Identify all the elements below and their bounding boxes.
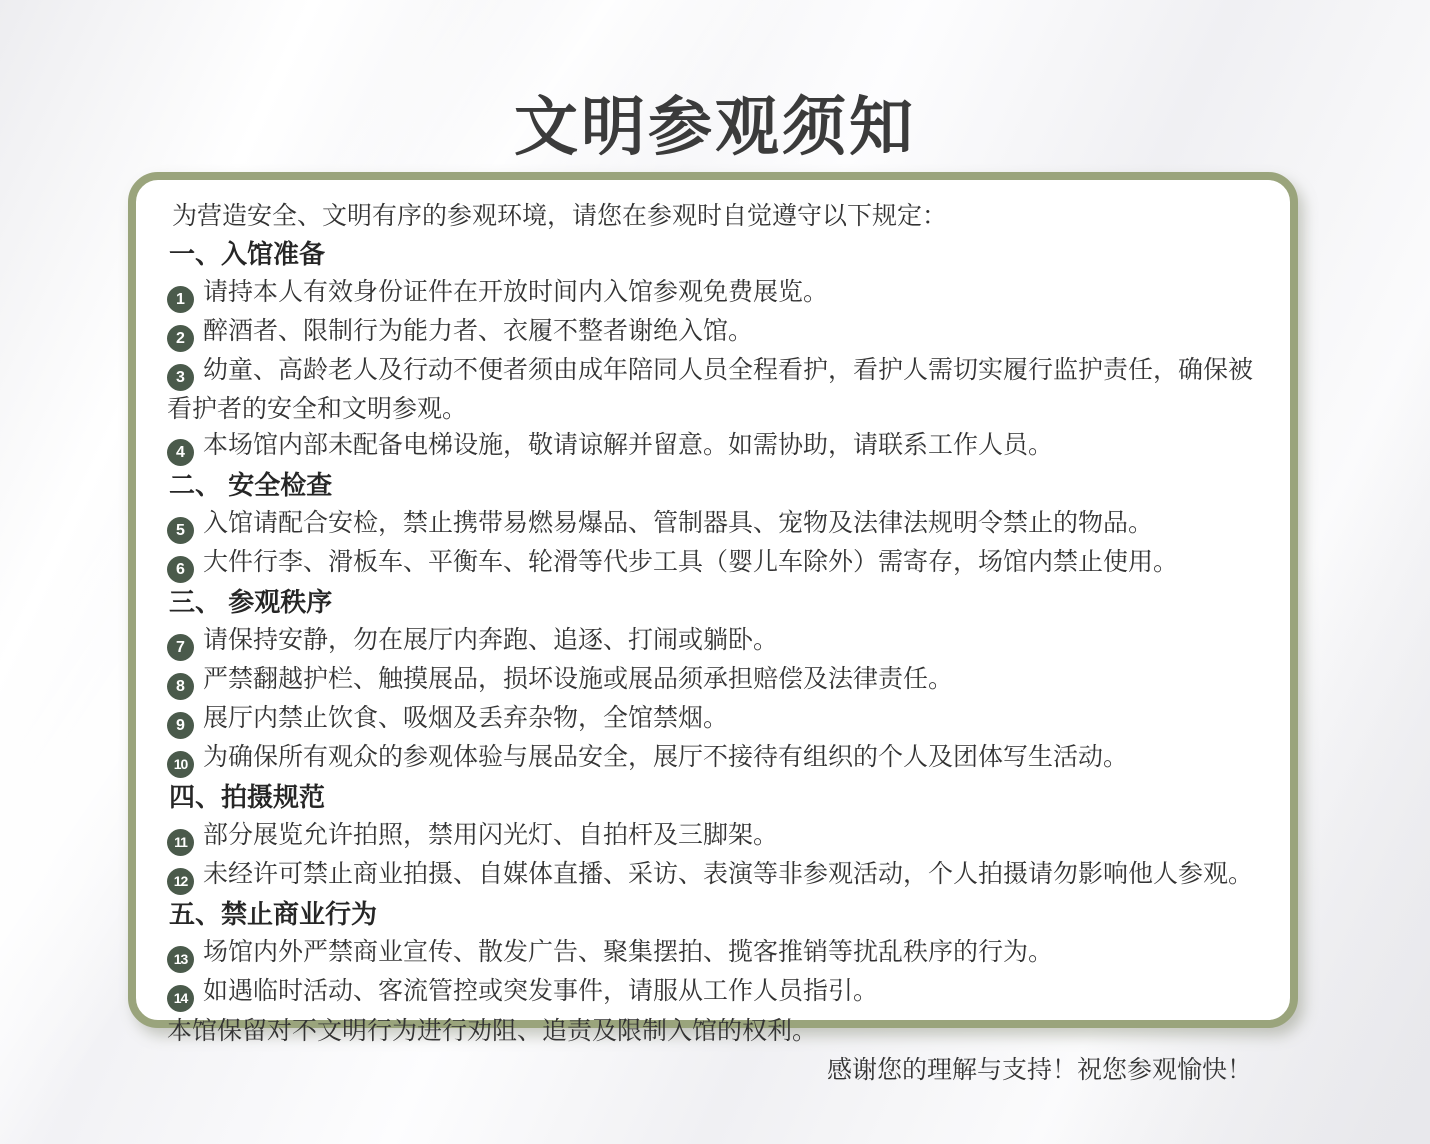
rule-item-5: 5入馆请配合安检，禁止携带易燃易爆品、管制器具、宠物及法律法规明令禁止的物品。: [167, 505, 1256, 544]
rule-text-8: 严禁翻越护栏、触摸展品，损坏设施或展品须承担赔偿及法律责任。: [203, 665, 953, 693]
rule-number-badge-14: 14: [167, 985, 194, 1012]
rule-item-14: 14如遇临时活动、客流管控或突发事件，请服从工作人员指引。: [167, 973, 1256, 1012]
rule-number-badge-4: 4: [167, 439, 194, 466]
rule-number-badge-10: 10: [167, 751, 194, 778]
rule-number-badge-7: 7: [167, 634, 194, 661]
rule-number-badge-12: 12: [167, 868, 194, 895]
rule-text-13: 场馆内外严禁商业宣传、散发广告、聚集摆拍、揽客推销等扰乱秩序的行为。: [203, 938, 1053, 966]
rule-text-1: 请持本人有效身份证件在开放时间内入馆参观免费展览。: [203, 278, 828, 306]
rule-number-badge-1: 1: [167, 286, 194, 313]
rule-item-7: 7请保持安静，勿在展厅内奔跑、追逐、打闹或躺卧。: [167, 622, 1256, 661]
notice-card: 为营造安全、文明有序的参观环境，请您在参观时自觉遵守以下规定： 一、入馆准备 1…: [128, 172, 1298, 1028]
section-heading-3: 三、 参观秩序: [169, 584, 1256, 621]
rule-text-11: 部分展览允许拍照，禁用闪光灯、自拍杆及三脚架。: [203, 821, 778, 849]
rule-text-6: 大件行李、滑板车、平衡车、轮滑等代步工具（婴儿车除外）需寄存，场馆内禁止使用。: [203, 548, 1178, 576]
rule-number-badge-13: 13: [167, 946, 194, 973]
reserve-rights-note: 本馆保留对不文明行为进行劝阻、追责及限制入馆的权利。: [167, 1013, 1256, 1049]
rule-text-9: 展厅内禁止饮食、吸烟及丢弃杂物，全馆禁烟。: [203, 704, 728, 732]
section-heading-1: 一、入馆准备: [169, 236, 1256, 273]
section-heading-2: 二、 安全检查: [169, 467, 1256, 504]
rule-number-badge-11: 11: [167, 829, 194, 856]
rule-number-badge-5: 5: [167, 517, 194, 544]
rule-number-badge-8: 8: [167, 673, 194, 700]
closing-thanks: 感谢您的理解与支持！祝您参观愉快！: [167, 1052, 1256, 1088]
rule-text-7: 请保持安静，勿在展厅内奔跑、追逐、打闹或躺卧。: [203, 626, 778, 654]
rule-item-4: 4本场馆内部未配备电梯设施，敬请谅解并留意。如需协助，请联系工作人员。: [167, 427, 1256, 466]
rule-item-6: 6大件行李、滑板车、平衡车、轮滑等代步工具（婴儿车除外）需寄存，场馆内禁止使用。: [167, 544, 1256, 583]
rule-number-badge-9: 9: [167, 712, 194, 739]
rule-text-3: 幼童、高龄老人及行动不便者须由成年陪同人员全程看护，看护人需切实履行监护责任，确…: [167, 356, 1253, 423]
rule-text-4: 本场馆内部未配备电梯设施，敬请谅解并留意。如需协助，请联系工作人员。: [203, 431, 1053, 459]
rule-item-12: 12未经许可禁止商业拍摄、自媒体直播、采访、表演等非参观活动，个人拍摄请勿影响他…: [167, 856, 1256, 895]
rule-item-9: 9展厅内禁止饮食、吸烟及丢弃杂物，全馆禁烟。: [167, 700, 1256, 739]
rule-item-3: 3幼童、高龄老人及行动不便者须由成年陪同人员全程看护，看护人需切实履行监护责任，…: [167, 352, 1256, 427]
rule-item-11: 11部分展览允许拍照，禁用闪光灯、自拍杆及三脚架。: [167, 817, 1256, 856]
rule-text-14: 如遇临时活动、客流管控或突发事件，请服从工作人员指引。: [203, 977, 878, 1005]
rule-number-badge-2: 2: [167, 325, 194, 352]
rule-number-badge-3: 3: [167, 364, 194, 391]
intro-text: 为营造安全、文明有序的参观环境，请您在参观时自觉遵守以下规定：: [172, 198, 1256, 234]
rule-text-10: 为确保所有观众的参观体验与展品安全，展厅不接待有组织的个人及团体写生活动。: [203, 743, 1128, 771]
rule-item-8: 8严禁翻越护栏、触摸展品，损坏设施或展品须承担赔偿及法律责任。: [167, 661, 1256, 700]
rule-item-2: 2醉酒者、限制行为能力者、衣履不整者谢绝入馆。: [167, 313, 1256, 352]
rule-number-badge-6: 6: [167, 556, 194, 583]
rule-item-10: 10为确保所有观众的参观体验与展品安全，展厅不接待有组织的个人及团体写生活动。: [167, 739, 1256, 778]
section-heading-5: 五、禁止商业行为: [169, 896, 1256, 933]
rule-text-12: 未经许可禁止商业拍摄、自媒体直播、采访、表演等非参观活动，个人拍摄请勿影响他人参…: [203, 860, 1253, 888]
rule-item-13: 13场馆内外严禁商业宣传、散发广告、聚集摆拍、揽客推销等扰乱秩序的行为。: [167, 934, 1256, 973]
page-title: 文明参观须知: [0, 92, 1430, 162]
rule-text-2: 醉酒者、限制行为能力者、衣履不整者谢绝入馆。: [203, 317, 753, 345]
rule-item-1: 1请持本人有效身份证件在开放时间内入馆参观免费展览。: [167, 274, 1256, 313]
section-heading-4: 四、拍摄规范: [169, 779, 1256, 816]
poster-background: 文明参观须知 为营造安全、文明有序的参观环境，请您在参观时自觉遵守以下规定： 一…: [0, 0, 1430, 1144]
rule-text-5: 入馆请配合安检，禁止携带易燃易爆品、管制器具、宠物及法律法规明令禁止的物品。: [203, 509, 1153, 537]
